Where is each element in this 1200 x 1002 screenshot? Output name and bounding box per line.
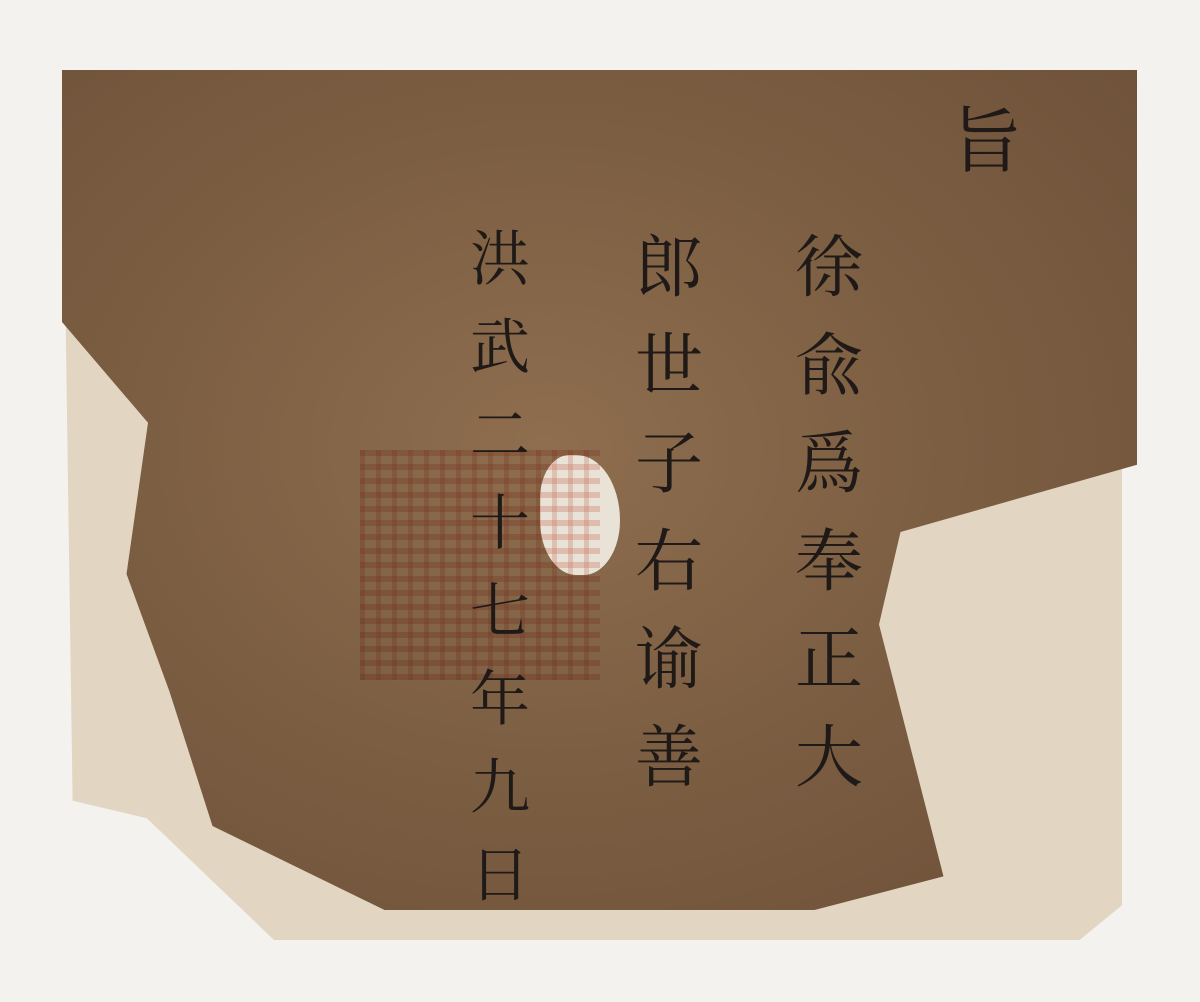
char: 年 [470,670,530,730]
char: 正 [795,627,863,695]
char: 十 [470,494,530,554]
char: 右 [635,529,703,597]
text-column-3: 郎 世 子 右 谕 善 [635,235,703,823]
char: 旨 [950,105,1022,177]
char: 武 [470,318,530,378]
document-photo: 旨 徐 兪 爲 奉 正 大 郎 世 子 右 谕 善 洪 武 二 十 七 年 九 … [0,0,1200,1002]
char: 大 [795,725,863,793]
char: 奉 [795,529,863,597]
char: 九 [470,758,530,818]
char: 二 [470,406,530,466]
char: 洪 [470,230,530,290]
text-column-4: 洪 武 二 十 七 年 九 日 [470,230,530,906]
char: 七 [470,582,530,642]
char: 子 [635,431,703,499]
char: 爲 [795,431,863,499]
char: 谕 [635,627,703,695]
char: 世 [635,333,703,401]
text-column-2: 徐 兪 爲 奉 正 大 [795,235,863,823]
char: 兪 [795,333,863,401]
char: 徐 [795,235,863,303]
text-column-1: 旨 [950,105,1022,207]
char: 日 [470,846,530,906]
char: 善 [635,725,703,793]
char: 郎 [635,235,703,303]
